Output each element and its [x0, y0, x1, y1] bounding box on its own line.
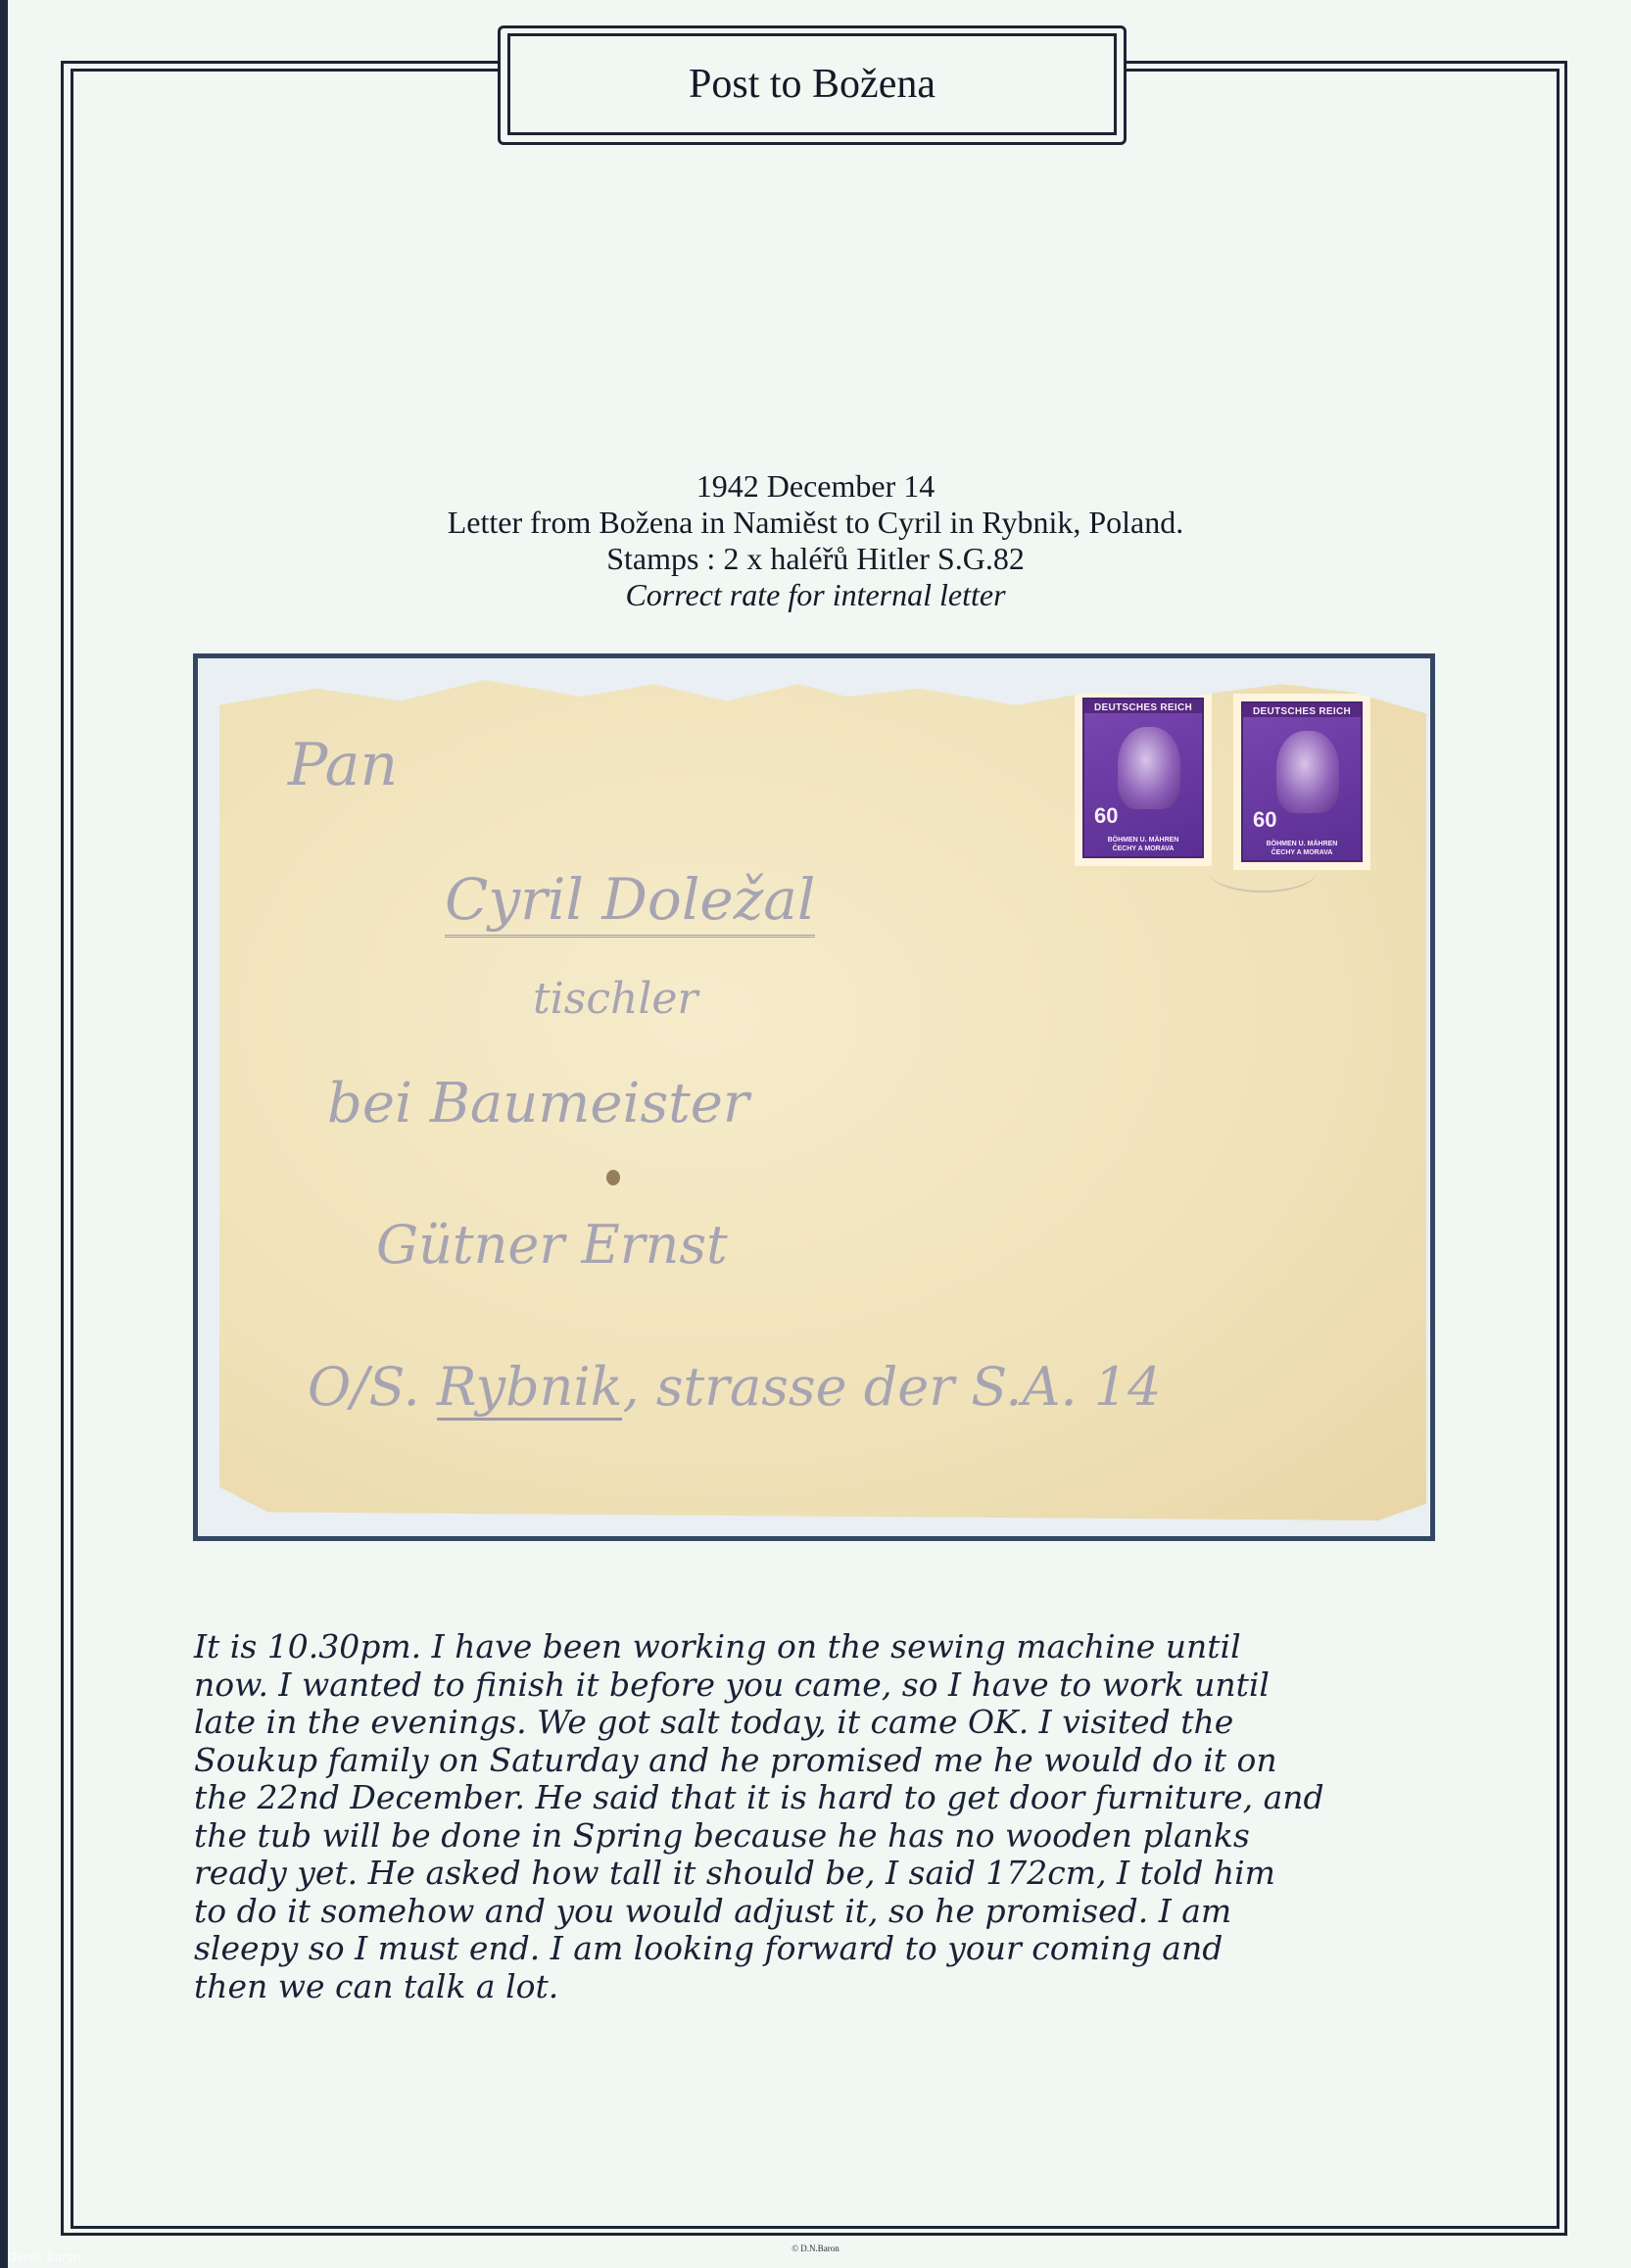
letter-translation: It is 10.30pm. I have been working on th… — [194, 1628, 1467, 2005]
stamp-design: DEUTSCHES REICH 60 BÖHMEN U. MÄHREN ČECH… — [1082, 698, 1204, 858]
exhibit-caption: 1942 December 14 Letter from Božena in N… — [196, 468, 1435, 613]
stamp-footer: BÖHMEN U. MÄHREN ČECHY A MORAVA — [1243, 840, 1361, 857]
copyright-notice: © D.N.Baron — [0, 2244, 1631, 2253]
stamp-footer-line-1: BÖHMEN U. MÄHREN — [1243, 840, 1361, 848]
scan-edge — [0, 0, 8, 2268]
postage-stamp: DEUTSCHES REICH 60 BÖHMEN U. MÄHREN ČECH… — [1233, 694, 1370, 870]
caption-stamps: Stamps : 2 x haléřů Hitler S.G.82 — [196, 541, 1435, 577]
address-care-of: bei Baumeister — [327, 1072, 749, 1135]
stamp-footer-line-1: BÖHMEN U. MÄHREN — [1084, 836, 1202, 844]
envelope-image: Pan Cyril Doležal tischler bei Baumeiste… — [219, 680, 1426, 1520]
postage-stamp: DEUTSCHES REICH 60 BÖHMEN U. MÄHREN ČECH… — [1075, 690, 1212, 866]
stamp-footer-line-2: ČECHY A MORAVA — [1243, 848, 1361, 857]
address-street: , strasse der S.A. 14 — [622, 1356, 1161, 1418]
watermark: Derek Baron — [8, 2250, 81, 2264]
envelope-photo-frame: Pan Cyril Doležal tischler bei Baumeiste… — [193, 653, 1435, 1541]
portrait-icon — [1118, 727, 1180, 809]
address-salutation: Pan — [288, 731, 398, 799]
address-trade: tischler — [533, 974, 697, 1024]
address-employer: Gütner Ernst — [376, 1214, 728, 1276]
stamp-header: DEUTSCHES REICH — [1243, 703, 1361, 717]
address-city-line: O/S. Rybnik, strasse der S.A. 14 — [308, 1356, 1162, 1418]
stamp-design: DEUTSCHES REICH 60 BÖHMEN U. MÄHREN ČECH… — [1241, 701, 1363, 862]
portrait-icon — [1276, 731, 1339, 813]
page-title: Post to Božena — [689, 61, 935, 108]
ink-stain — [606, 1170, 620, 1185]
stamp-footer: BÖHMEN U. MÄHREN ČECHY A MORAVA — [1084, 836, 1202, 853]
address-city-prefix: O/S. — [308, 1356, 420, 1418]
stamp-footer-line-2: ČECHY A MORAVA — [1084, 844, 1202, 853]
caption-description: Letter from Božena in Namiěst to Cyril i… — [196, 505, 1435, 541]
caption-note: Correct rate for internal letter — [196, 577, 1435, 613]
address-name: Cyril Doležal — [445, 866, 815, 938]
stamp-value: 60 — [1253, 807, 1276, 833]
address-city: Rybnik — [437, 1356, 623, 1421]
stamp-value: 60 — [1094, 803, 1118, 829]
caption-date: 1942 December 14 — [196, 468, 1435, 505]
title-box-inner: Post to Božena — [507, 33, 1117, 135]
stamp-header: DEUTSCHES REICH — [1084, 700, 1202, 713]
